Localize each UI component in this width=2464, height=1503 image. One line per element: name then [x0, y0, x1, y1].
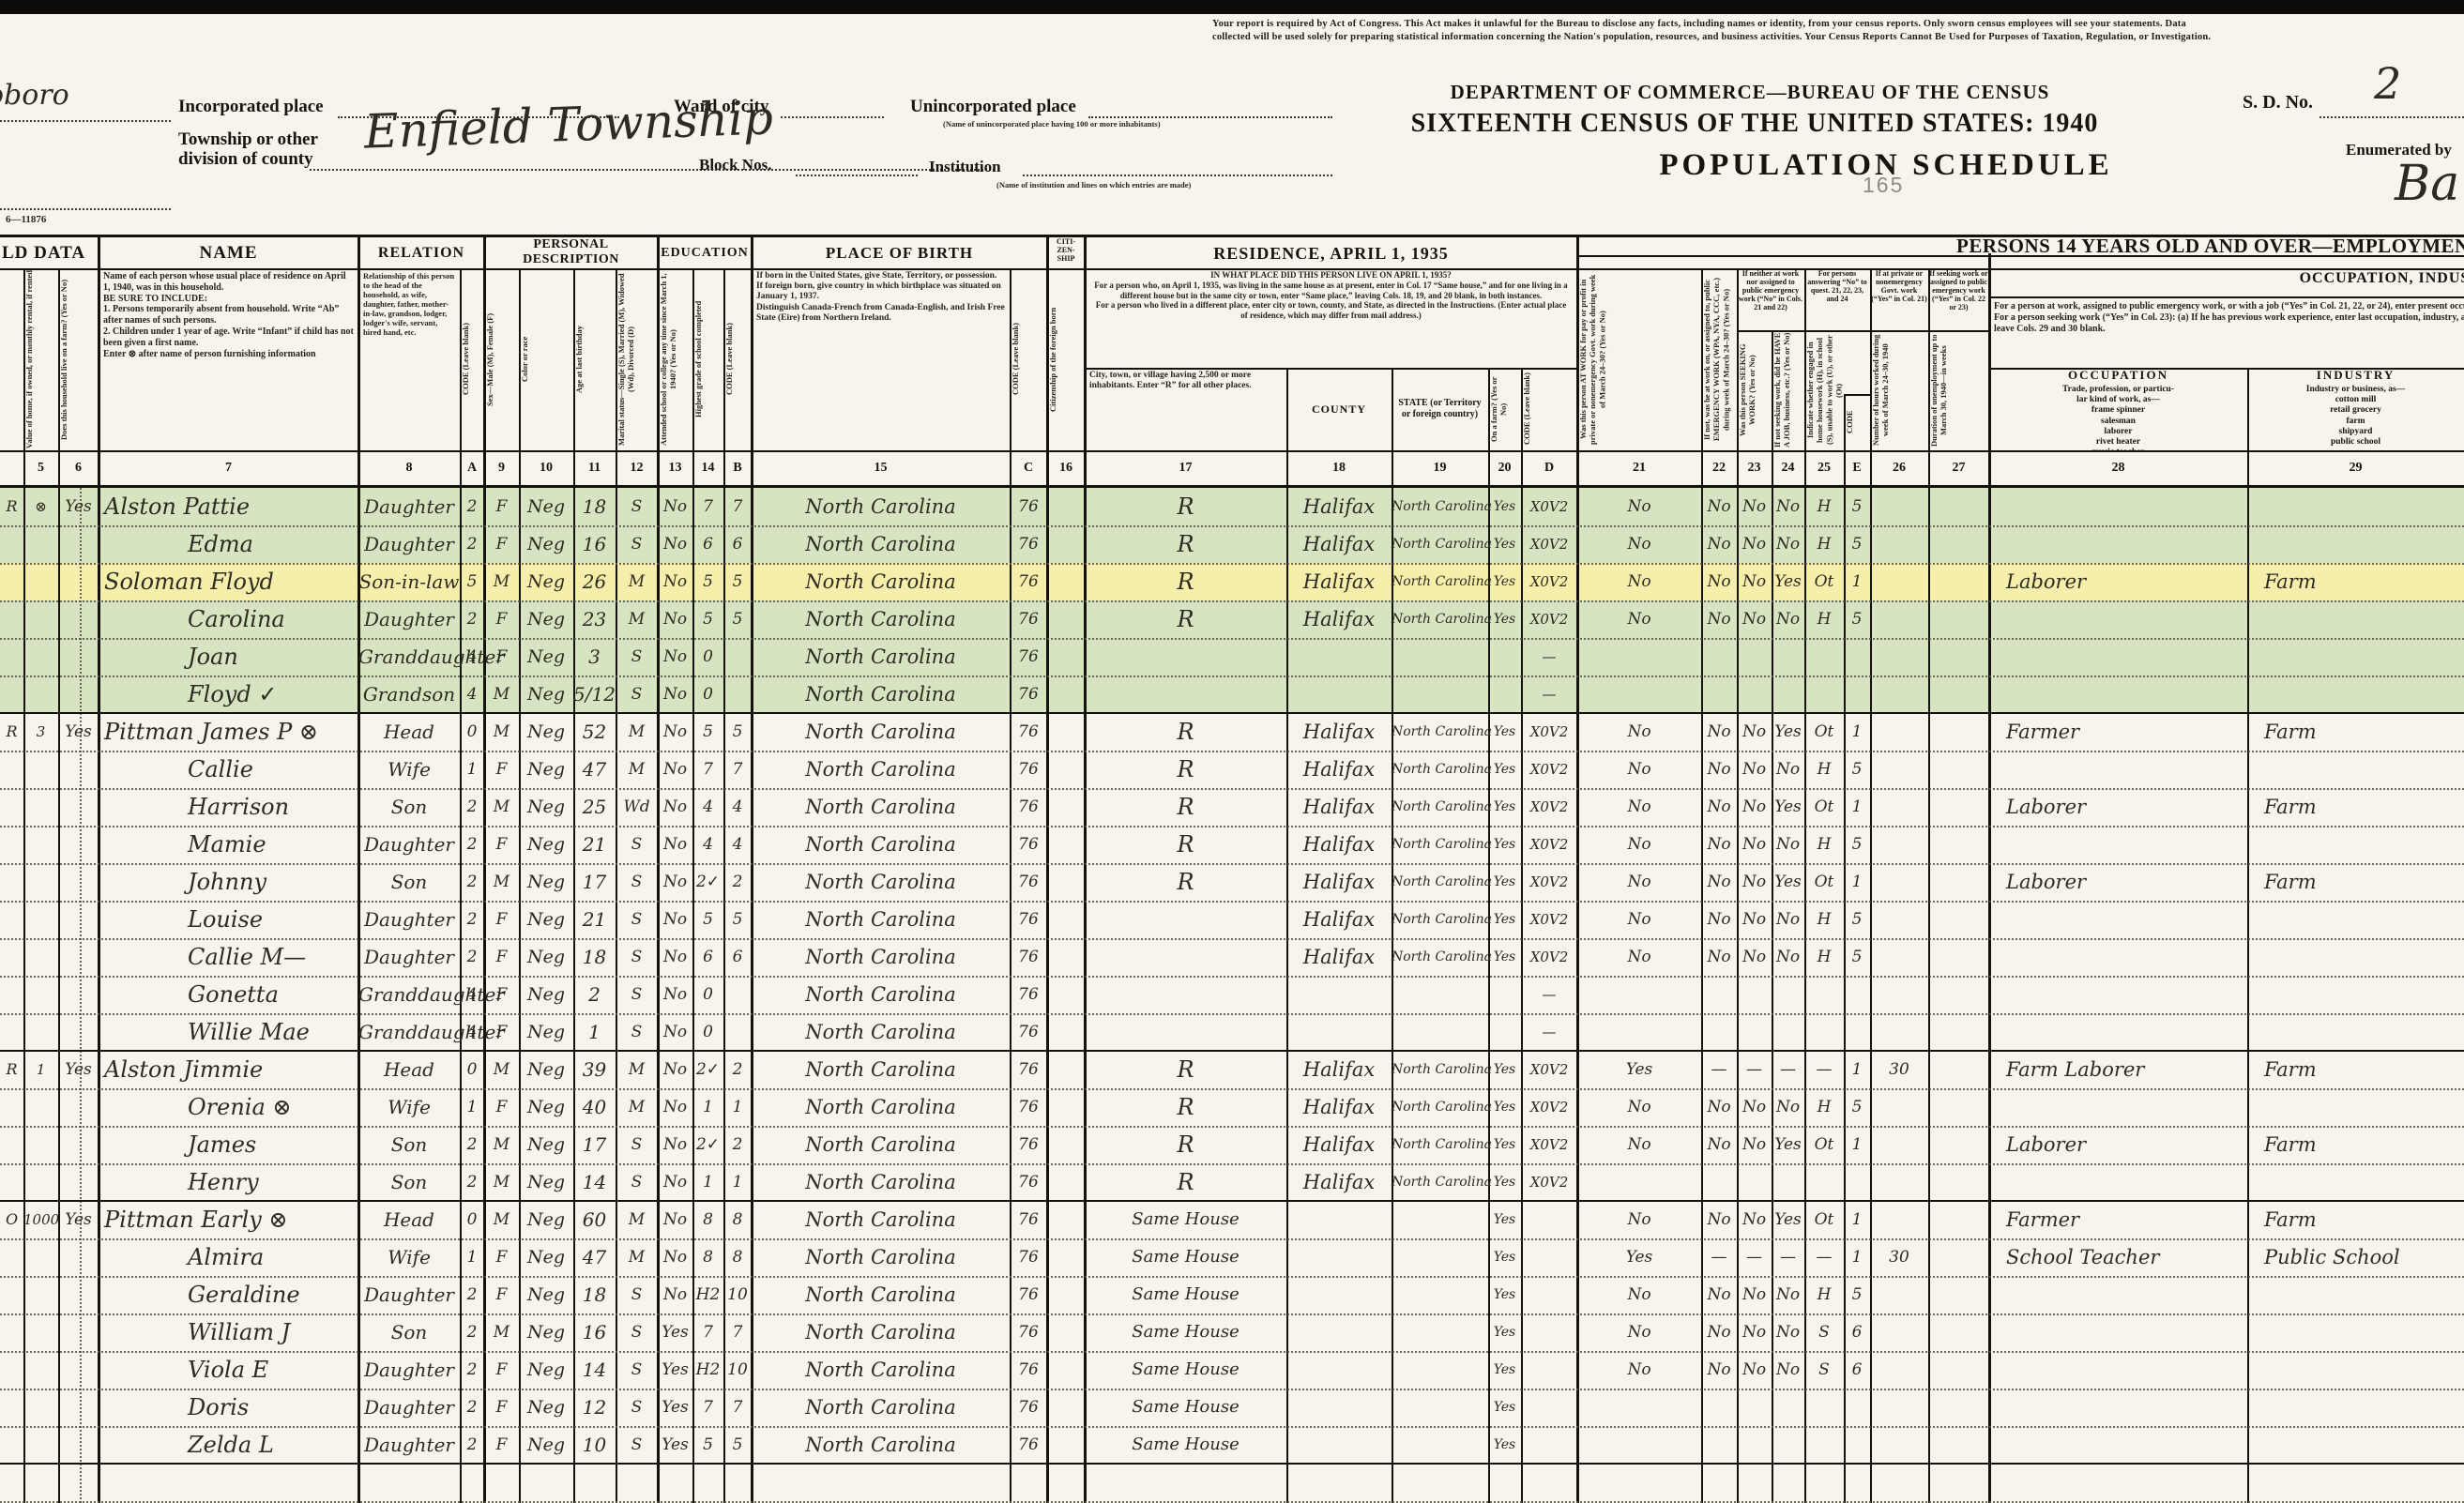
cell-12-c20: Yes — [1488, 901, 1521, 938]
cell-17-c8: Wife — [358, 1088, 460, 1126]
cell-24-c22: No — [1701, 1351, 1737, 1389]
cell-23-c14: 7 — [692, 1313, 723, 1351]
cell-24-c23: No — [1737, 1351, 1772, 1389]
cell-20-c12: M — [616, 1201, 658, 1238]
cell-14-c9: F — [484, 976, 519, 1013]
cell-1-c19: North Carolina — [1392, 488, 1488, 525]
cell-7-c9: M — [484, 713, 519, 751]
cell-17-c15: North Carolina — [752, 1088, 1010, 1126]
cell-12-c15: North Carolina — [752, 901, 1010, 938]
cell-23-c22: No — [1701, 1313, 1737, 1351]
column-number-c11: 11 — [573, 450, 616, 486]
cell-22-c12: S — [616, 1276, 658, 1313]
grid-line-h-top — [0, 235, 2464, 237]
column-number-c22: 22 — [1701, 450, 1737, 486]
cell-19-c17: R — [1085, 1163, 1286, 1201]
cell-22-c14: H2 — [692, 1276, 723, 1313]
cell-22-cA: 2 — [460, 1276, 484, 1313]
cell-8-cC: 76 — [1010, 751, 1047, 788]
cell-4-cB: 5 — [723, 600, 752, 638]
cell-22-c8: Daughter — [358, 1276, 460, 1313]
cell-17-c10: Neg — [519, 1088, 573, 1126]
cell-19-c11: 14 — [573, 1163, 616, 1201]
cell-5-c8: Granddaughter — [358, 638, 460, 676]
cell-12-c23: No — [1737, 901, 1772, 938]
cell-24-cA: 2 — [460, 1351, 484, 1389]
cell-3-cE: 1 — [1844, 563, 1870, 600]
cell-1-c9: F — [484, 488, 519, 525]
grid-line-h-grouptitle — [0, 268, 2464, 270]
cell-17-c19: North Carolina — [1392, 1088, 1488, 1126]
cell-8-c22: No — [1701, 751, 1737, 788]
column-group-education: EDUCATION — [658, 236, 752, 268]
cell-5-c15: North Carolina — [752, 638, 1010, 676]
cell-3-cD: X0V2 — [1521, 563, 1577, 600]
cell-6-c15: North Carolina — [752, 676, 1010, 713]
cell-16-c29: Farm — [2247, 1051, 2464, 1088]
cell-23-c9: M — [484, 1313, 519, 1351]
cell-26-c13: Yes — [658, 1426, 692, 1464]
cell-16-c20: Yes — [1488, 1051, 1521, 1088]
column-group-relation: RELATION — [358, 236, 484, 268]
column-bracket-26: If at private or nonemergency Govt. work… — [1870, 268, 1928, 330]
cell-9-c17: R — [1085, 788, 1286, 826]
cell-1-c24: No — [1772, 488, 1804, 525]
cell-6-c12: S — [616, 676, 658, 713]
cell-11-c19: North Carolina — [1392, 863, 1488, 901]
cell-14-cD: — — [1521, 976, 1577, 1013]
cell-4-c19: North Carolina — [1392, 600, 1488, 638]
cell-7-c13: No — [658, 713, 692, 751]
cell-11-c15: North Carolina — [752, 863, 1010, 901]
cell-24-c11: 14 — [573, 1351, 616, 1389]
cell-2-c22: No — [1701, 525, 1737, 563]
cell-7-cB: 5 — [723, 713, 752, 751]
cell-4-c18: Halifax — [1286, 600, 1392, 638]
cell-21-c14: 8 — [692, 1238, 723, 1276]
cell-4-cA: 2 — [460, 600, 484, 638]
cell-4-c22: No — [1701, 600, 1737, 638]
cell-16-c6: Yes — [58, 1051, 99, 1088]
cell-18-c21: No — [1577, 1126, 1701, 1163]
column-header-c27: Duration of unemployment up to March 30,… — [1929, 330, 1988, 450]
cell-25-c17: Same House — [1085, 1389, 1286, 1426]
cell-9-c19: North Carolina — [1392, 788, 1488, 826]
cell-16-c15: North Carolina — [752, 1051, 1010, 1088]
column-number-c9: 9 — [484, 450, 519, 486]
cell-3-cC: 76 — [1010, 563, 1047, 600]
cell-10-c22: No — [1701, 826, 1737, 863]
cell-18-c19: North Carolina — [1392, 1126, 1488, 1163]
cell-22-c21: No — [1577, 1276, 1701, 1313]
cell-20-c6: Yes — [58, 1201, 99, 1238]
cell-1-c8: Daughter — [358, 488, 460, 525]
cell-3-c8: Son-in-law — [358, 563, 460, 600]
column-header-c23: Was this person SEEKING WORK? (Yes or No… — [1738, 330, 1771, 450]
cell-16-c21: Yes — [1577, 1051, 1701, 1088]
column-number-c16: 16 — [1047, 450, 1085, 486]
cell-3-c15: North Carolina — [752, 563, 1010, 600]
cell-11-c13: No — [658, 863, 692, 901]
cell-20-c25: Ot — [1804, 1201, 1844, 1238]
column-group-personal-description: PERSONAL DESCRIPTION — [484, 235, 658, 268]
cell-1-cA: 2 — [460, 488, 484, 525]
cell-21-cC: 76 — [1010, 1238, 1047, 1276]
cell-11-c25: Ot — [1804, 863, 1844, 901]
cell-18-c24: Yes — [1772, 1126, 1804, 1163]
cell-3-c12: M — [616, 563, 658, 600]
cell-13-cA: 2 — [460, 938, 484, 976]
column-header-cB: CODE (Leave blank) — [724, 268, 751, 450]
cell-25-c20: Yes — [1488, 1389, 1521, 1426]
cell-11-c23: No — [1737, 863, 1772, 901]
cell-12-c14: 5 — [692, 901, 723, 938]
cell-5-cD: — — [1521, 638, 1577, 676]
cell-19-cA: 2 — [460, 1163, 484, 1201]
cell-13-c18: Halifax — [1286, 938, 1392, 976]
cell-2-cD: X0V2 — [1521, 525, 1577, 563]
cell-1-c12: S — [616, 488, 658, 525]
cell-19-c9: M — [484, 1163, 519, 1201]
cell-10-cC: 76 — [1010, 826, 1047, 863]
column-number-c10: 10 — [519, 450, 573, 486]
cell-8-c20: Yes — [1488, 751, 1521, 788]
cell-18-c11: 17 — [573, 1126, 616, 1163]
cell-25-c8: Daughter — [358, 1389, 460, 1426]
cell-12-c12: S — [616, 901, 658, 938]
cell-7-c4: R — [0, 713, 23, 751]
column-header-c10: Color or race — [520, 268, 572, 450]
cell-8-cE: 5 — [1844, 751, 1870, 788]
grid-line-h-residence — [1085, 368, 1577, 370]
cell-4-c7: Carolina — [99, 600, 358, 638]
cell-3-c23: No — [1737, 563, 1772, 600]
column-header-c29: Industry or business, as— cotton mill re… — [2247, 385, 2464, 450]
schedule-table: HOUSEHOLD DATANAMERELATIONPERSONAL DESCR… — [0, 0, 2464, 1503]
column-number-c23: 23 — [1737, 450, 1772, 486]
cell-3-c13: No — [658, 563, 692, 600]
cell-12-cA: 2 — [460, 901, 484, 938]
cell-17-c21: No — [1577, 1088, 1701, 1126]
cell-24-c24: No — [1772, 1351, 1804, 1389]
cell-1-cB: 7 — [723, 488, 752, 525]
cell-13-cE: 5 — [1844, 938, 1870, 976]
cell-22-c11: 18 — [573, 1276, 616, 1313]
cell-12-c25: H — [1804, 901, 1844, 938]
cell-25-c12: S — [616, 1389, 658, 1426]
cell-18-c18: Halifax — [1286, 1126, 1392, 1163]
cell-5-c9: F — [484, 638, 519, 676]
cell-15-cA: 4 — [460, 1013, 484, 1051]
cell-17-c12: M — [616, 1088, 658, 1126]
cell-4-c14: 5 — [692, 600, 723, 638]
cell-3-c7: Soloman Floyd — [99, 563, 358, 600]
cell-20-cE: 1 — [1844, 1201, 1870, 1238]
cell-2-c18: Halifax — [1286, 525, 1392, 563]
cell-25-c13: Yes — [658, 1389, 692, 1426]
cell-12-c24: No — [1772, 901, 1804, 938]
cell-17-cE: 5 — [1844, 1088, 1870, 1126]
cell-9-c7: Harrison — [99, 788, 358, 826]
column-number-c19: 19 — [1392, 450, 1488, 486]
cell-2-c11: 16 — [573, 525, 616, 563]
cell-20-c17: Same House — [1085, 1201, 1286, 1238]
cell-13-c9: F — [484, 938, 519, 976]
cell-2-c7: Edma — [99, 525, 358, 563]
cell-6-c14: 0 — [692, 676, 723, 713]
cell-9-c9: M — [484, 788, 519, 826]
cell-24-cB: 10 — [723, 1351, 752, 1389]
cell-1-c7: Alston Pattie — [99, 488, 358, 525]
column-header-c21: Was this person AT WORK for pay or profi… — [1578, 268, 1700, 450]
cell-25-cC: 76 — [1010, 1389, 1047, 1426]
cell-17-c22: No — [1701, 1088, 1737, 1126]
cell-1-c25: H — [1804, 488, 1844, 525]
cell-16-cE: 1 — [1844, 1051, 1870, 1088]
cell-21-c9: F — [484, 1238, 519, 1276]
cell-16-c18: Halifax — [1286, 1051, 1392, 1088]
cell-20-c11: 60 — [573, 1201, 616, 1238]
cell-8-c25: H — [1804, 751, 1844, 788]
cell-7-c17: R — [1085, 713, 1286, 751]
cell-24-c14: H2 — [692, 1351, 723, 1389]
cell-8-c14: 7 — [692, 751, 723, 788]
cell-4-c20: Yes — [1488, 600, 1521, 638]
cell-23-c21: No — [1577, 1313, 1701, 1351]
cell-22-c25: H — [1804, 1276, 1844, 1313]
cell-9-c23: No — [1737, 788, 1772, 826]
cell-12-cB: 5 — [723, 901, 752, 938]
cell-15-c10: Neg — [519, 1013, 573, 1051]
cell-8-c8: Wife — [358, 751, 460, 788]
cell-3-cB: 5 — [723, 563, 752, 600]
cell-17-c7: Orenia ⊗ — [99, 1088, 358, 1126]
cell-4-c21: No — [1577, 600, 1701, 638]
cell-12-c11: 21 — [573, 901, 616, 938]
cell-24-c8: Daughter — [358, 1351, 460, 1389]
cell-17-c24: No — [1772, 1088, 1804, 1126]
cell-18-c23: No — [1737, 1126, 1772, 1163]
cell-21-c21: Yes — [1577, 1238, 1701, 1276]
cell-19-cB: 1 — [723, 1163, 752, 1201]
cell-13-c24: No — [1772, 938, 1804, 976]
cell-23-c10: Neg — [519, 1313, 573, 1351]
cell-19-c14: 1 — [692, 1163, 723, 1201]
cell-3-c9: M — [484, 563, 519, 600]
column-number-c18: 18 — [1286, 450, 1392, 486]
cell-2-c14: 6 — [692, 525, 723, 563]
cell-18-c8: Son — [358, 1126, 460, 1163]
cell-16-cB: 2 — [723, 1051, 752, 1088]
cell-20-c4: O — [0, 1201, 23, 1238]
column-header-c28: Trade, profession, or particu- lar kind … — [1989, 385, 2247, 450]
cell-10-c19: North Carolina — [1392, 826, 1488, 863]
cell-7-c8: Head — [358, 713, 460, 751]
cell-15-c9: F — [484, 1013, 519, 1051]
column-header-c16: Citizenship of the foreign born — [1048, 268, 1084, 450]
cell-13-c8: Daughter — [358, 938, 460, 976]
cell-12-c19: North Carolina — [1392, 901, 1488, 938]
cell-10-cD: X0V2 — [1521, 826, 1577, 863]
grid-line-h-ecode — [1844, 394, 1870, 396]
cell-18-c28: Laborer — [1989, 1126, 2247, 1163]
cell-2-cB: 6 — [723, 525, 752, 563]
cell-12-c13: No — [658, 901, 692, 938]
cell-17-cD: X0V2 — [1521, 1088, 1577, 1126]
column-number-c25: 25 — [1804, 450, 1844, 486]
cell-9-c24: Yes — [1772, 788, 1804, 826]
cell-12-cE: 5 — [1844, 901, 1870, 938]
cell-1-c13: No — [658, 488, 692, 525]
cell-8-cD: X0V2 — [1521, 751, 1577, 788]
cell-13-c10: Neg — [519, 938, 573, 976]
column-header-c8: Relationship of this person to the head … — [358, 268, 460, 450]
cell-1-c11: 18 — [573, 488, 616, 525]
cell-15-c13: No — [658, 1013, 692, 1051]
cell-12-c10: Neg — [519, 901, 573, 938]
cell-16-cC: 76 — [1010, 1051, 1047, 1088]
cell-22-c15: North Carolina — [752, 1276, 1010, 1313]
cell-25-c7: Doris — [99, 1389, 358, 1426]
column-number-c20: 20 — [1488, 450, 1521, 486]
column-bracket-23-24: If neither at work nor assigned to publi… — [1737, 268, 1804, 330]
cell-9-cA: 2 — [460, 788, 484, 826]
cell-3-c11: 26 — [573, 563, 616, 600]
cell-20-cC: 76 — [1010, 1201, 1047, 1238]
cell-13-c11: 18 — [573, 938, 616, 976]
cell-15-c14: 0 — [692, 1013, 723, 1051]
cell-13-c21: No — [1577, 938, 1701, 976]
cell-10-cE: 5 — [1844, 826, 1870, 863]
cell-20-c28: Farmer — [1989, 1201, 2247, 1238]
cell-16-c11: 39 — [573, 1051, 616, 1088]
cell-4-c25: H — [1804, 600, 1844, 638]
cell-23-c7: William J — [99, 1313, 358, 1351]
column-header-c7: Name of each person whose usual place of… — [99, 268, 358, 450]
cell-1-c14: 7 — [692, 488, 723, 525]
cell-25-cA: 2 — [460, 1389, 484, 1426]
cell-1-cC: 76 — [1010, 488, 1047, 525]
cell-12-c9: F — [484, 901, 519, 938]
cell-11-cE: 1 — [1844, 863, 1870, 901]
census-sheet-scan: Your report is required by Act of Congre… — [0, 0, 2464, 1503]
cell-15-c7: Willie Mae — [99, 1013, 358, 1051]
cell-2-c20: Yes — [1488, 525, 1521, 563]
cell-25-c14: 7 — [692, 1389, 723, 1426]
cell-6-c11: 5/12 — [573, 676, 616, 713]
column-number-cD: D — [1521, 450, 1577, 486]
cell-22-c20: Yes — [1488, 1276, 1521, 1313]
cell-4-cD: X0V2 — [1521, 600, 1577, 638]
cell-21-cA: 1 — [460, 1238, 484, 1276]
cell-7-c29: Farm — [2247, 713, 2464, 751]
cell-18-c13: No — [658, 1126, 692, 1163]
cell-4-c15: North Carolina — [752, 600, 1010, 638]
cell-14-c13: No — [658, 976, 692, 1013]
cell-9-cB: 4 — [723, 788, 752, 826]
cell-3-c28: Laborer — [1989, 563, 2247, 600]
cell-10-c13: No — [658, 826, 692, 863]
cell-26-c9: F — [484, 1426, 519, 1464]
column-header-c29-title: INDUSTRY — [2247, 368, 2464, 385]
cell-16-c13: No — [658, 1051, 692, 1088]
cell-9-c10: Neg — [519, 788, 573, 826]
cell-2-c23: No — [1737, 525, 1772, 563]
cell-14-cC: 76 — [1010, 976, 1047, 1013]
cell-19-c15: North Carolina — [752, 1163, 1010, 1201]
cell-20-c13: No — [658, 1201, 692, 1238]
grid-line-h-strip — [1577, 255, 2464, 257]
cell-12-cD: X0V2 — [1521, 901, 1577, 938]
column-bracket-25: For persons answering “No” to quest. 21,… — [1804, 268, 1870, 330]
column-header-cC: CODE (Leave blank) — [1011, 268, 1046, 450]
cell-9-c25: Ot — [1804, 788, 1844, 826]
cell-25-c11: 12 — [573, 1389, 616, 1426]
cell-2-c9: F — [484, 525, 519, 563]
cell-13-c14: 6 — [692, 938, 723, 976]
cell-6-c7: Floyd ✓ — [99, 676, 358, 713]
cell-10-cA: 2 — [460, 826, 484, 863]
cell-10-c21: No — [1577, 826, 1701, 863]
cell-2-cC: 76 — [1010, 525, 1047, 563]
cell-22-c9: F — [484, 1276, 519, 1313]
cell-13-c23: No — [1737, 938, 1772, 976]
cell-21-c7: Almira — [99, 1238, 358, 1276]
cell-11-c20: Yes — [1488, 863, 1521, 901]
cell-18-cA: 2 — [460, 1126, 484, 1163]
cell-6-c10: Neg — [519, 676, 573, 713]
cell-11-cD: X0V2 — [1521, 863, 1577, 901]
cell-8-cA: 1 — [460, 751, 484, 788]
cell-15-cD: — — [1521, 1013, 1577, 1051]
cell-18-cB: 2 — [723, 1126, 752, 1163]
cell-16-c22: — — [1701, 1051, 1737, 1088]
cell-9-c13: No — [658, 788, 692, 826]
cell-2-c19: North Carolina — [1392, 525, 1488, 563]
cell-19-c20: Yes — [1488, 1163, 1521, 1201]
grid-line-h-occnote — [1989, 368, 2464, 370]
column-header-occupation-note: For a person at work, assigned to public… — [1989, 298, 2464, 368]
cell-17-c9: F — [484, 1088, 519, 1126]
cell-23-c11: 16 — [573, 1313, 616, 1351]
cell-9-cC: 76 — [1010, 788, 1047, 826]
cell-18-cD: X0V2 — [1521, 1126, 1577, 1163]
cell-17-c14: 1 — [692, 1088, 723, 1126]
cell-4-c11: 23 — [573, 600, 616, 638]
cell-12-cC: 76 — [1010, 901, 1047, 938]
column-header-c14: Highest grade of school completed — [693, 268, 722, 450]
cell-26-cB: 5 — [723, 1426, 752, 1464]
cell-26-c14: 5 — [692, 1426, 723, 1464]
cell-26-c8: Daughter — [358, 1426, 460, 1464]
cell-11-cC: 76 — [1010, 863, 1047, 901]
cell-18-c7: James — [99, 1126, 358, 1163]
cell-7-c19: North Carolina — [1392, 713, 1488, 751]
cell-21-c10: Neg — [519, 1238, 573, 1276]
cell-16-c26: 30 — [1870, 1051, 1928, 1088]
cell-3-c25: Ot — [1804, 563, 1844, 600]
cell-11-c10: Neg — [519, 863, 573, 901]
column-header-residence-note: IN WHAT PLACE DID THIS PERSON LIVE ON AP… — [1085, 268, 1577, 368]
cell-13-cB: 6 — [723, 938, 752, 976]
column-header-c28-title: OCCUPATION — [1989, 368, 2247, 385]
cell-17-cC: 76 — [1010, 1088, 1047, 1126]
cell-20-c21: No — [1577, 1201, 1701, 1238]
cell-26-c11: 10 — [573, 1426, 616, 1464]
cell-14-c11: 2 — [573, 976, 616, 1013]
column-number-c7: 7 — [99, 450, 358, 486]
cell-21-c26: 30 — [1870, 1238, 1928, 1276]
